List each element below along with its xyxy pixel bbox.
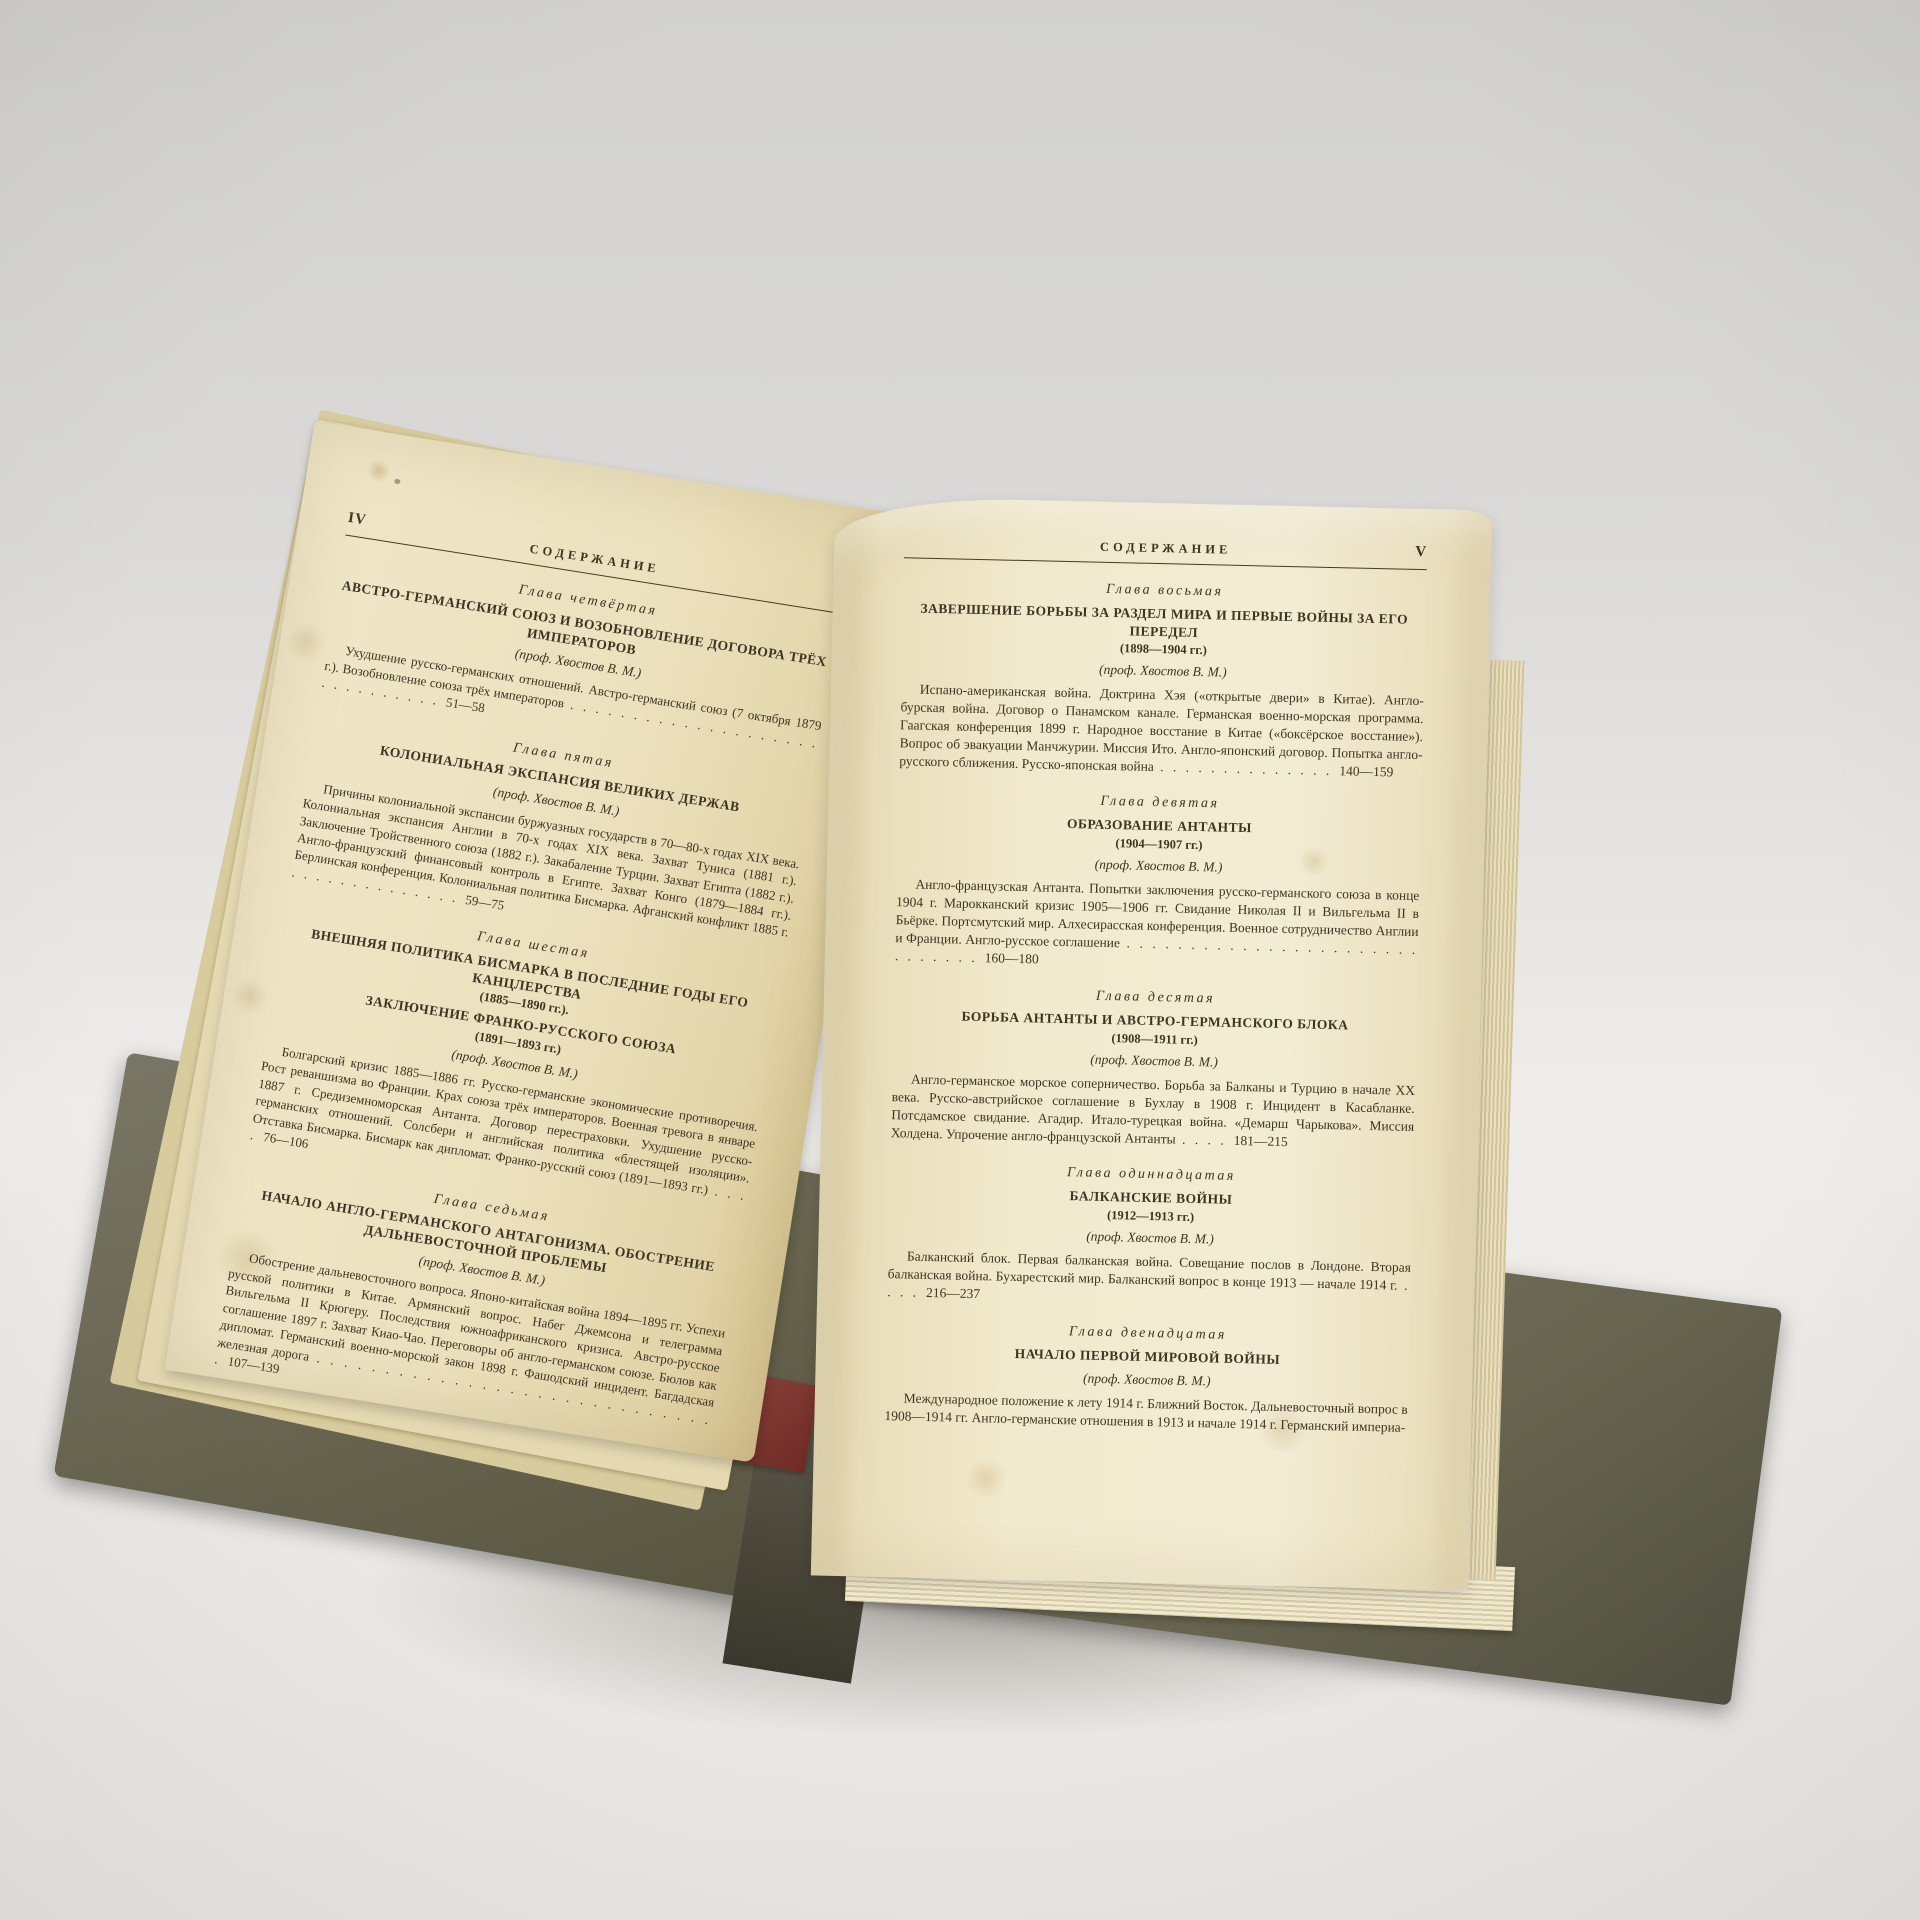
chapter-summary: Балканский блок. Первая балканская война… (887, 1247, 1411, 1313)
chapter-pages: 140—159 (1332, 763, 1393, 779)
toc-chapter-8: Глава восьмая ЗАВЕРШЕНИЕ БОРЬБЫ ЗА РАЗДЕ… (899, 577, 1426, 782)
toc-chapter-10: Глава десятая БОРЬБА АНТАНТЫ И АВСТРО-ГЕ… (891, 985, 1417, 1155)
page-folio: V (1415, 544, 1427, 561)
page-folio: IV (347, 510, 368, 530)
stain-spot (394, 479, 401, 485)
toc-chapter-11: Глава одиннадцатая БАЛКАНСКИЕ ВОЙНЫ (191… (887, 1161, 1413, 1313)
stain-spot (227, 975, 272, 1017)
chapter-pages: 181—215 (1227, 1133, 1288, 1149)
leader-dots (1176, 1132, 1227, 1148)
stain-spot (364, 458, 393, 484)
toc-chapter-6: Глава шестая ВНЕШНЯЯ ПОЛИТИКА БИСМАРКА В… (249, 899, 781, 1221)
chapter-summary: Англо-германское морское соперничество. … (891, 1070, 1416, 1154)
right-page: СОДЕРЖАНИЕ V Глава восьмая ЗАВЕРШЕНИЕ БО… (811, 496, 1492, 1591)
stain-spot (963, 1459, 1010, 1498)
toc-chapter-9: Глава девятая ОБРАЗОВАНИЕ АНТАНТЫ (1904—… (895, 790, 1422, 978)
toc-chapter-12: Глава двенадцатая НАЧАЛО ПЕРВОЙ МИРОВОЙ … (884, 1320, 1409, 1437)
chapter-summary: Международное положение к лету 1914 г. Б… (884, 1389, 1408, 1437)
chapter-author: (проф. Хвостов В. М.) (901, 657, 1424, 685)
stain-spot (281, 619, 331, 665)
leader-dots (1154, 759, 1333, 778)
chapter-summary-text: Международное положение к лету 1914 г. Б… (884, 1390, 1408, 1434)
chapter-author: (проф. Хвостов В. М.) (892, 1047, 1415, 1075)
chapter-author: (проф. Хвостов В. М.) (885, 1366, 1408, 1394)
chapter-summary: Англо-французская Антанта. Попытки заклю… (895, 875, 1420, 977)
photo-scene: IV СОДЕРЖАНИЕ Глава четвёртая АВСТРО-ГЕР… (0, 0, 1920, 1920)
chapter-pages: 160—180 (978, 950, 1039, 966)
chapter-pages: 216—237 (919, 1285, 980, 1301)
chapter-summary: Испано-американская война. Доктрина Хэя … (899, 680, 1424, 782)
chapter-author: (проф. Хвостов В. М.) (897, 852, 1420, 880)
chapter-author: (проф. Хвостов В. М.) (888, 1224, 1411, 1252)
chapter-summary-text: Англо-германское морское соперничество. … (891, 1072, 1415, 1147)
